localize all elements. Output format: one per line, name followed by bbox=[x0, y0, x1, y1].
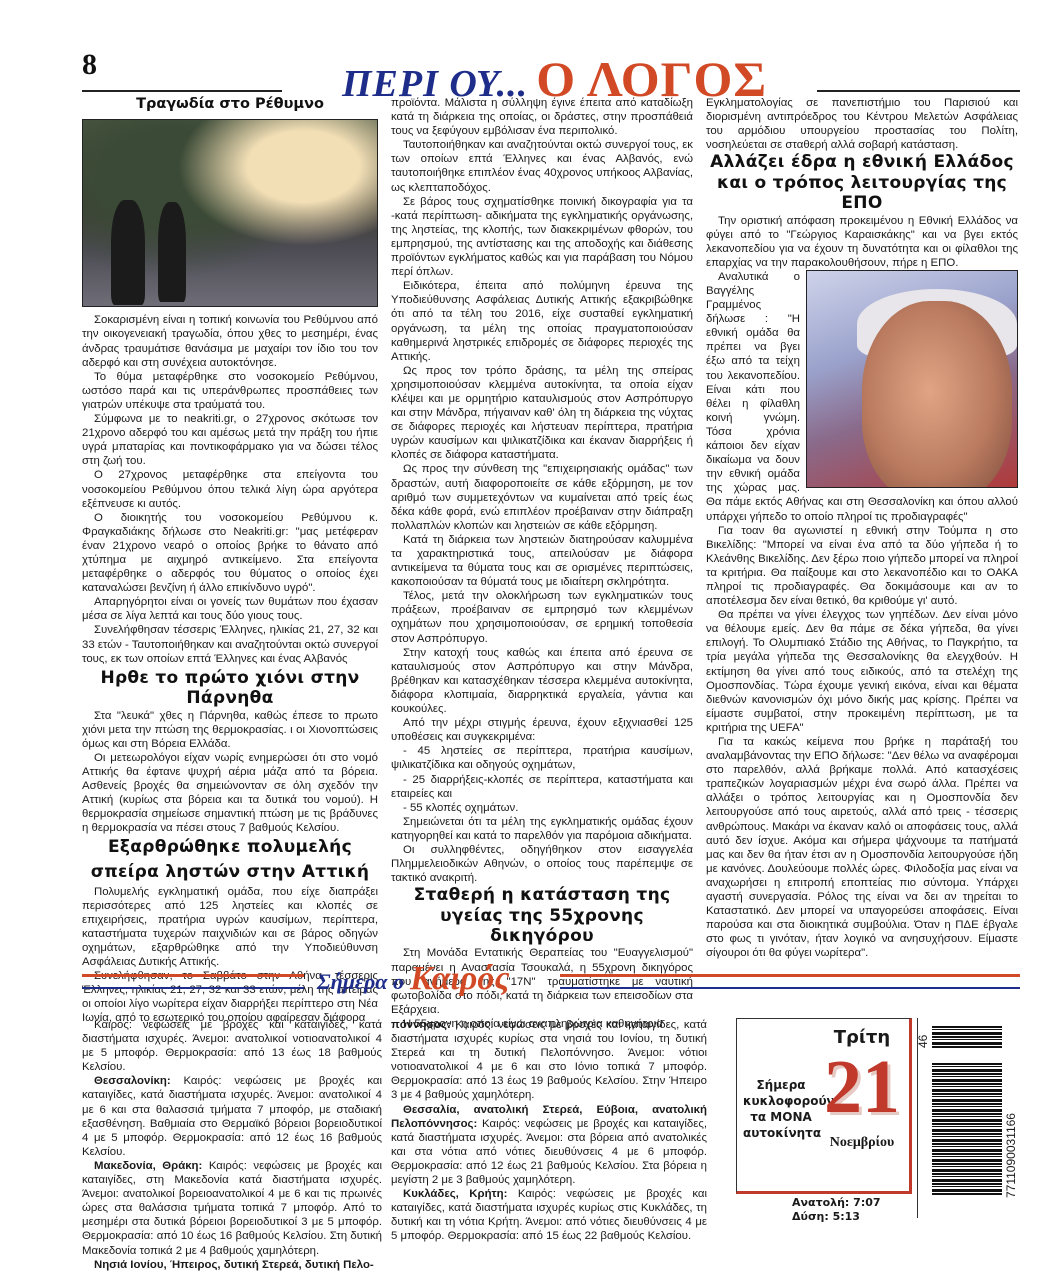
article-paragraph: Ο διοικητής του νοσοκομείου Ρεθύμνου κ. … bbox=[82, 511, 378, 596]
article-headline-rethymno: Τραγωδία στο Ρέθυμνο bbox=[82, 96, 378, 113]
article-paragraph: Την οριστική απόφαση προκειμένου η Εθνικ… bbox=[706, 214, 1018, 270]
article-paragraph: Απαρηγόρητοι είναι οι γονείς των θυμάτων… bbox=[82, 595, 378, 623]
article-paragraph: Το θύμα μεταφέρθηκε στο νοσοκομείο Ρεθύμ… bbox=[82, 370, 378, 412]
article-paragraph: Για τα κακώς κείμενα που βρήκε η παράταξ… bbox=[706, 735, 1018, 961]
column-2: προϊόντα. Μάλιστα η σύλληψη έγινε έπειτα… bbox=[391, 96, 693, 1031]
article-headline-national-team: Αλλάζει έδρα η εθνική Ελλάδος και ο τρόπ… bbox=[706, 152, 1018, 213]
weather-text: Καιρός: νεφώσεις με βροχές και καταιγίδε… bbox=[82, 1019, 382, 1073]
barcode-main-bars bbox=[932, 1063, 1002, 1195]
weather-text: Καιρός: νεφώσεις με βροχές και καταιγίδε… bbox=[82, 1075, 382, 1157]
weather-entry: πόννησος: Καιρός: νεφώσεις με βροχές και… bbox=[391, 1018, 707, 1103]
barcode-number: 7711090031166 bbox=[1004, 1113, 1018, 1198]
article-headline-gang: Εξαρθρώθηκε πολυμελής σπείρα ληστών στην… bbox=[82, 835, 378, 884]
weather-title-part2: Καιρός bbox=[410, 960, 510, 997]
article-paragraph: Ο 27χρονος μεταφέρθηκε στα επείγοντα του… bbox=[82, 468, 378, 510]
street-scene-photo bbox=[82, 119, 378, 307]
weather-text: Καιρός: νεφώσεις με βροχές και καταιγίδε… bbox=[82, 1160, 382, 1257]
weather-entry: Θεσσαλία, ανατολική Στερεά, Εύβοια, ανατ… bbox=[391, 1103, 707, 1188]
article-paragraph: Σε βάρος τους σχηματίσθηκε ποινική δικογ… bbox=[391, 195, 693, 280]
article-paragraph: Συνελήφθησαν τέσσερις Έλληνες, ηλικίας 2… bbox=[82, 623, 378, 665]
barcode: 46 7711090031166 bbox=[917, 1018, 1018, 1218]
list-item: - 55 κλοπές οχημάτων. bbox=[391, 801, 693, 815]
day-number: 21 bbox=[817, 1045, 907, 1129]
article-headline-parnitha: Ηρθε το πρώτο χιόνι στην Πάρνηθα bbox=[82, 668, 378, 709]
article-paragraph: προϊόντα. Μάλιστα η σύλληψη έγινε έπειτα… bbox=[391, 96, 693, 138]
article-paragraph: Θα πρέπει να γίνει έλεγχος των γηπέδων. … bbox=[706, 608, 1018, 735]
article-paragraph: Οι συλληφθέντες, οδηγήθηκον στον εισαγγε… bbox=[391, 843, 693, 885]
traffic-notice: Σήμερα κυκλοφορούν τα ΜΟΝΑ αυτοκίνητα bbox=[743, 1077, 819, 1141]
weather-entry: Μακεδονία, Θράκη: Καιρός: νεφώσεις με βρ… bbox=[82, 1159, 382, 1258]
article-paragraph: Σύμφωνα με το neakriti.gr, ο 27χρονος σκ… bbox=[82, 412, 378, 468]
article-paragraph: Ως προς την σύνθεση της "επιχειρησιακής … bbox=[391, 462, 693, 532]
weather-region: Μακεδονία, Θράκη: bbox=[94, 1160, 202, 1172]
article-paragraph: Σημειώνεται ότι τα μέλη της εγκληματικής… bbox=[391, 815, 693, 843]
masthead: ΠΕΡΙ ΟΥ...Ο ΛΟΓΟΣ bbox=[82, 50, 1020, 96]
sun-times: Ανατολή: 7:07 Δύση: 5:13 bbox=[792, 1196, 881, 1224]
article-paragraph: Στα "λευκά" χθες η Πάρνηθα, καθώς έπεσε … bbox=[82, 709, 378, 751]
article-paragraph: Εγκληματολογίας σε πανεπιστήμιο του Παρι… bbox=[706, 96, 1018, 152]
weather-banner: Σήμερα οΚαιρός bbox=[82, 960, 1020, 1000]
sunrise: Ανατολή: 7:07 bbox=[792, 1196, 881, 1210]
article-paragraph: Για τοαν θα αγωνιστεί η εθνική στην Τούμ… bbox=[706, 524, 1018, 609]
column-1: Τραγωδία στο Ρέθυμνο Σοκαρισμένη είναι η… bbox=[82, 96, 378, 1026]
list-item: - 25 διαρρήξεις-κλοπές σε περίπτερα, κατ… bbox=[391, 773, 693, 801]
article-paragraph: Σοκαρισμένη είναι η τοπική κοινωνία του … bbox=[82, 313, 378, 369]
weather-entry: Κυκλάδες, Κρήτη: Καιρός: νεφώσεις με βρο… bbox=[391, 1187, 707, 1243]
barcode-addon-bars bbox=[932, 1026, 1002, 1048]
date-box: Σήμερα κυκλοφορούν τα ΜΟΝΑ αυτοκίνητα Τρ… bbox=[736, 1018, 912, 1194]
person-silhouette bbox=[111, 200, 145, 305]
weather-rule-right bbox=[560, 974, 1020, 989]
portrait-photo bbox=[806, 270, 1018, 488]
weather-column-1: Καιρός: νεφώσεις με βροχές και καταιγίδε… bbox=[82, 1018, 382, 1272]
weather-region: πόννησος: bbox=[391, 1019, 451, 1031]
weather-column-2: πόννησος: Καιρός: νεφώσεις με βροχές και… bbox=[391, 1018, 707, 1244]
article-paragraph: Ειδικότερα, έπειτα από πολύμηνη έρευνα τ… bbox=[391, 279, 693, 364]
article-headline-lawyer: Σταθερή η κατάσταση της υγείας της 55χρο… bbox=[391, 885, 693, 946]
weather-region: Θεσσαλονίκη: bbox=[94, 1075, 171, 1087]
weather-region: Κυκλάδες, Κρήτη: bbox=[403, 1188, 507, 1200]
column-3: Εγκληματολογίας σε πανεπιστήμιο του Παρι… bbox=[706, 96, 1018, 961]
weather-entry: Καιρός: νεφώσεις με βροχές και καταιγίδε… bbox=[82, 1018, 382, 1074]
weather-entry: Θεσσαλονίκη: Καιρός: νεφώσεις με βροχές … bbox=[82, 1074, 382, 1159]
article-paragraph: Πολυμελής εγκληματική ομάδα, που είχε δι… bbox=[82, 885, 378, 970]
article-paragraph: Στην κατοχή τους καθώς και έπειτα από έρ… bbox=[391, 646, 693, 716]
article-paragraph: Ως προς τον τρόπο δράσης, τα μέλη της σπ… bbox=[391, 364, 693, 463]
portrait-face bbox=[862, 301, 1012, 488]
weather-title: Σήμερα οΚαιρός bbox=[317, 960, 510, 998]
article-paragraph: Οι μετεωρολόγοι είχαν νωρίς ενημερώσει ό… bbox=[82, 751, 378, 836]
article-paragraph: Ταυτοποιήθηκαν και αναζητούνται οκτώ συν… bbox=[391, 138, 693, 194]
article-paragraph: Τέλος, μετά την ολοκλήρωση των εγκληματι… bbox=[391, 589, 693, 645]
weather-title-part1: Σήμερα ο bbox=[317, 969, 404, 994]
month: Νοεμβρίου bbox=[817, 1135, 907, 1151]
masthead-rule-left bbox=[82, 90, 282, 92]
list-item: - 45 ληστείες σε περίπτερα, πρατήρια καυ… bbox=[391, 744, 693, 772]
article-paragraph: Κατά τη διάρκεια των ληστειών διατηρούσα… bbox=[391, 533, 693, 589]
weather-region: Νησιά Ιονίου, Ήπειρος, δυτική Στερεά, δυ… bbox=[94, 1259, 374, 1271]
weather-text: Καιρός: νεφώσεις με βροχές και καταιγίδε… bbox=[391, 1019, 707, 1101]
weather-rule-left bbox=[82, 974, 304, 989]
sunset: Δύση: 5:13 bbox=[792, 1210, 881, 1224]
barcode-issue-code: 46 bbox=[916, 1035, 930, 1048]
masthead-rule-right bbox=[817, 90, 1020, 92]
person-silhouette bbox=[158, 202, 186, 302]
article-paragraph: Από την μέχρι στιγμής έρευνα, έχουν εξιχ… bbox=[391, 716, 693, 744]
weather-entry: Νησιά Ιονίου, Ήπειρος, δυτική Στερεά, δυ… bbox=[82, 1258, 382, 1272]
